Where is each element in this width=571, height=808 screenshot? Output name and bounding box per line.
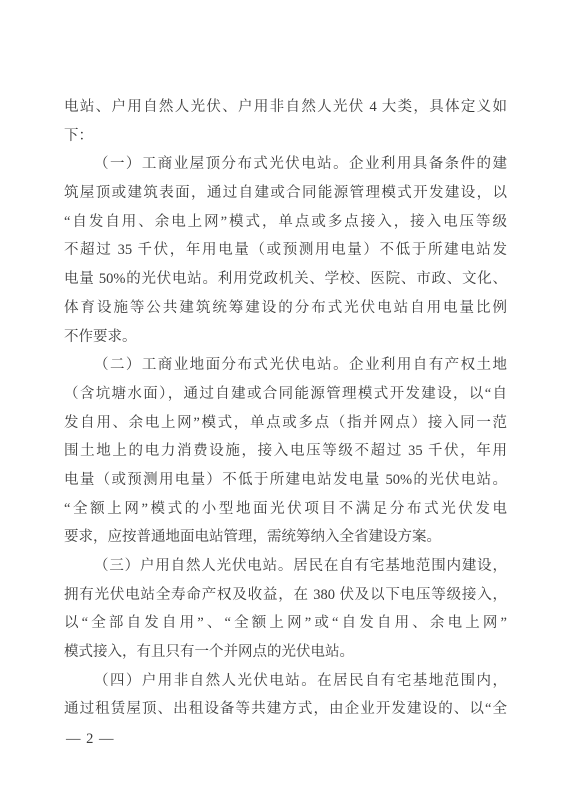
text-line: 电量 50%的光伏电站。利用党政机关、学校、医院、市政、文化、 [64, 265, 507, 294]
text-line: （三）户用自然人光伏电站。居民在自有宅基地范围内建设， [64, 552, 507, 581]
text-line: 通过租赁屋顶、出租设备等共建方式，由企业开发建设的、以“全 [64, 695, 507, 724]
text-line: “全额上网”模式的小型地面光伏项目不满足分布式光伏发电 [64, 495, 507, 524]
text-line: 以“全部自发自用”、“全额上网”或“自发自用、余电上网” [64, 609, 507, 638]
text-line: 模式接入，有且只有一个并网点的光伏电站。 [64, 638, 507, 667]
text-line: 筑屋顶或建筑表面，通过自建或合同能源管理模式开发建设，以 [64, 179, 507, 208]
text-line: 电量（或预测用电量）不低于所建电站发电量 50%的光伏电站。 [64, 466, 507, 495]
text-line: 要求，应按普通地面电站管理，需统筹纳入全省建设方案。 [64, 523, 507, 552]
text-line: 下： [64, 122, 507, 151]
text-line: （二）工商业地面分布式光伏电站。企业利用自有产权土地 [64, 351, 507, 380]
text-line: 电站、户用自然人光伏、户用非自然人光伏 4 大类，具体定义如 [64, 93, 507, 122]
text-line: “自发自用、余电上网”模式，单点或多点接入，接入电压等级 [64, 208, 507, 237]
text-line: （一）工商业屋顶分布式光伏电站。企业利用具备条件的建 [64, 150, 507, 179]
page-number: — 2 — [66, 729, 115, 750]
document-body: 电站、户用自然人光伏、户用非自然人光伏 4 大类，具体定义如 下： （一）工商业… [64, 93, 507, 724]
text-line: 围土地上的电力消费设施，接入电压等级不超过 35 千伏，年用 [64, 437, 507, 466]
document-page: 电站、户用自然人光伏、户用非自然人光伏 4 大类，具体定义如 下： （一）工商业… [0, 0, 571, 808]
text-line: 不作要求。 [64, 323, 507, 352]
text-line: （四）户用非自然人光伏电站。在居民自有宅基地范围内， [64, 667, 507, 696]
text-line: （含坑塘水面），通过自建或合同能源管理模式开发建设，以“自 [64, 380, 507, 409]
text-line: 拥有光伏电站全寿命产权及收益，在 380 伏及以下电压等级接入， [64, 581, 507, 610]
text-line: 不超过 35 千伏，年用电量（或预测用电量）不低于所建电站发 [64, 236, 507, 265]
text-line: 体育设施等公共建筑统筹建设的分布式光伏电站自用电量比例 [64, 294, 507, 323]
text-line: 发自用、余电上网”模式，单点或多点（指并网点）接入同一范 [64, 409, 507, 438]
